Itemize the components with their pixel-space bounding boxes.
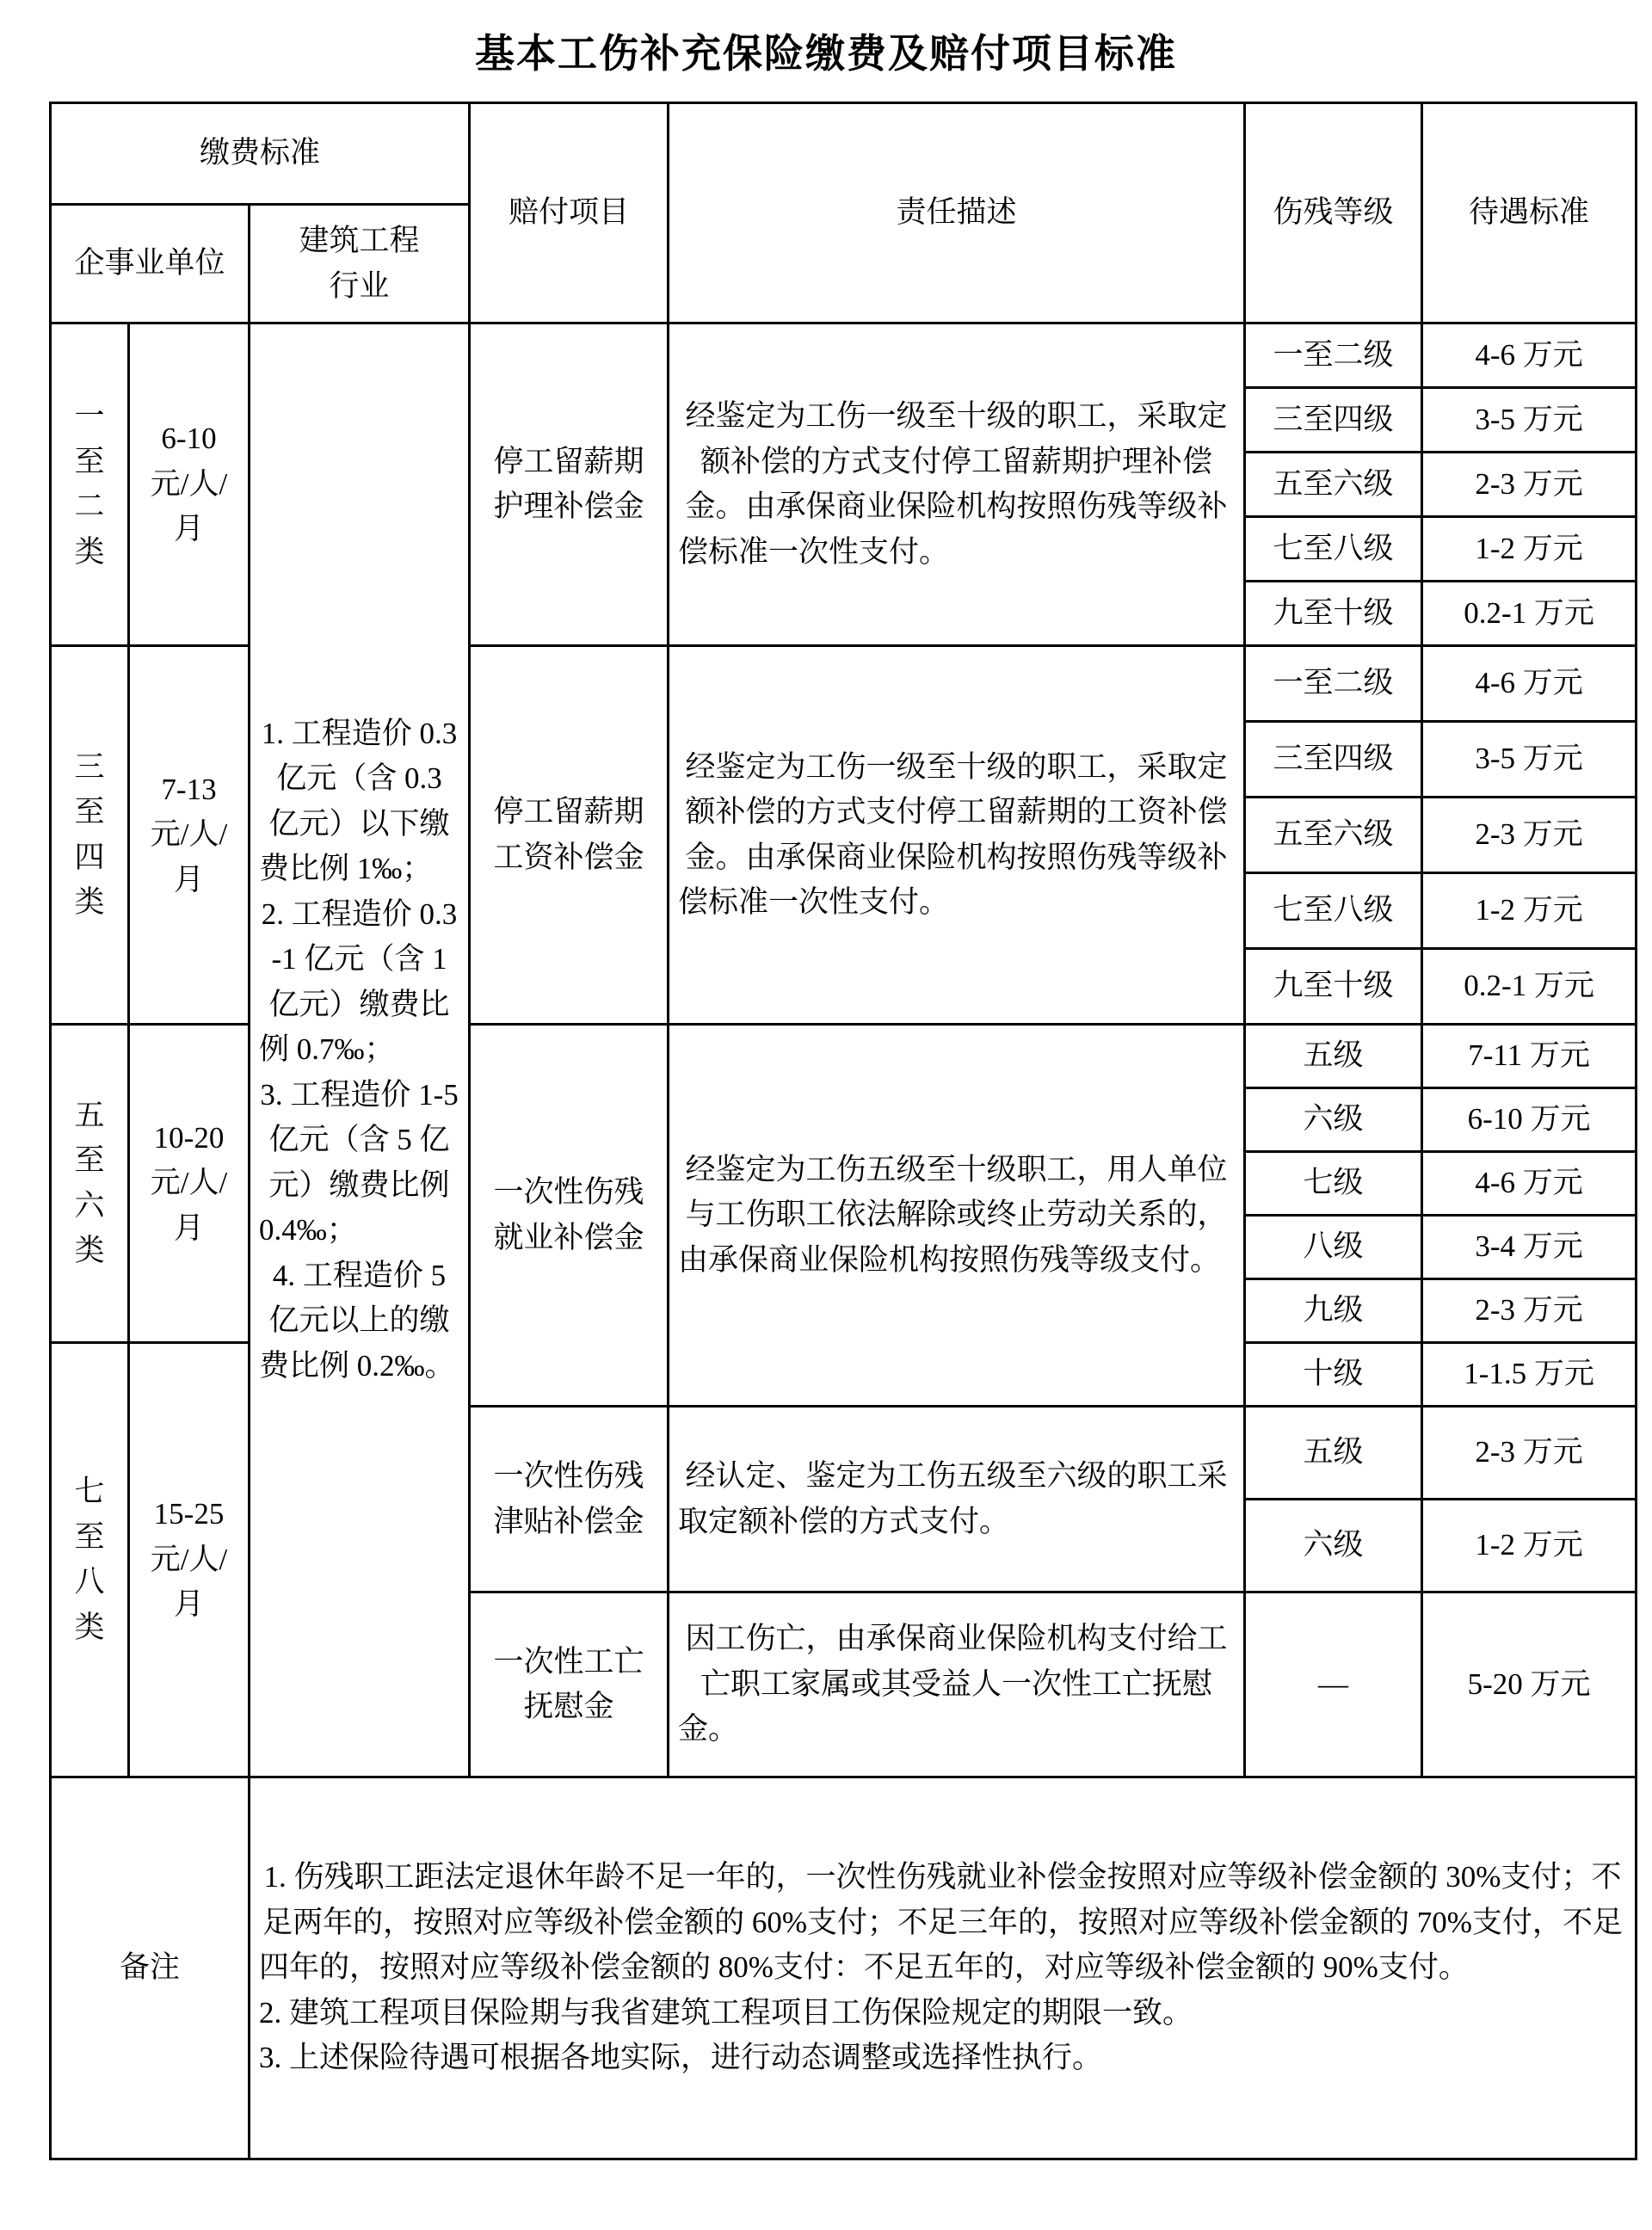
amount-cell: 1-2 万元: [1422, 873, 1637, 949]
class-cell: 七至 八类: [51, 1343, 129, 1777]
header-construction-industry: 建筑工程 行业: [250, 205, 470, 323]
fee-cell: 10-20 元/人/ 月: [129, 1025, 250, 1343]
header-responsibility: 责任描述: [669, 103, 1245, 323]
grade-cell: 六级: [1245, 1500, 1422, 1592]
amount-cell: 2-3 万元: [1422, 798, 1637, 873]
remark-label: 备注: [51, 1777, 250, 2159]
grade-cell: 七至八级: [1245, 517, 1422, 582]
item-cell: 一次性伤残 就业补偿金: [470, 1025, 669, 1407]
grade-cell: 三至四级: [1245, 722, 1422, 798]
document-page: 基本工伤补充保险缴费及赔付项目标准 缴费标准 赔付项目 责任描述 伤残等级 待遇…: [0, 0, 1652, 2230]
amount-cell: 4-6 万元: [1422, 1152, 1637, 1216]
fee-cell: 15-25 元/人/ 月: [129, 1343, 250, 1777]
header-treatment-standard: 待遇标准: [1422, 103, 1637, 323]
grade-cell: 六级: [1245, 1088, 1422, 1152]
grade-cell: 五级: [1245, 1025, 1422, 1088]
amount-cell: 7-11 万元: [1422, 1025, 1637, 1088]
insurance-standards-table: 缴费标准 赔付项目 责任描述 伤残等级 待遇标准 企事业单位 建筑工程 行业 一…: [49, 102, 1637, 2160]
class-cell: 一至 二类: [51, 323, 129, 646]
amount-cell: 3-5 万元: [1422, 388, 1637, 453]
desc-cell: 经鉴定为工伤一级至十级的职工，采取定额补偿的方式支付停工留薪期护理补偿金。由承保…: [669, 323, 1245, 646]
header-disability-grade: 伤残等级: [1245, 103, 1422, 323]
grade-cell: 五至六级: [1245, 453, 1422, 517]
amount-cell: 1-2 万元: [1422, 517, 1637, 582]
amount-cell: 0.2-1 万元: [1422, 582, 1637, 646]
amount-cell: 2-3 万元: [1422, 453, 1637, 517]
amount-cell: 0.2-1 万元: [1422, 949, 1637, 1025]
grade-cell: 七级: [1245, 1152, 1422, 1216]
item-cell: 停工留薪期 工资补偿金: [470, 646, 669, 1025]
grade-cell: 一至二级: [1245, 646, 1422, 722]
class-cell: 三至 四类: [51, 646, 129, 1025]
amount-cell: 1-1.5 万元: [1422, 1343, 1637, 1407]
grade-cell: 九至十级: [1245, 582, 1422, 646]
desc-cell: 经鉴定为工伤五级至十级职工，用人单位与工伤职工依法解除或终止劳动关系的，由承保商…: [669, 1025, 1245, 1407]
grade-cell: 五至六级: [1245, 798, 1422, 873]
amount-cell: 3-5 万元: [1422, 722, 1637, 798]
amount-cell: 2-3 万元: [1422, 1279, 1637, 1343]
grade-cell: 三至四级: [1245, 388, 1422, 453]
desc-cell: 经认定、鉴定为工伤五级至六级的职工采取定额补偿的方式支付。: [669, 1407, 1245, 1592]
amount-cell: 3-4 万元: [1422, 1216, 1637, 1279]
class-cell: 五至 六类: [51, 1025, 129, 1343]
grade-cell: 十级: [1245, 1343, 1422, 1407]
grade-cell: 九级: [1245, 1279, 1422, 1343]
amount-cell: 2-3 万元: [1422, 1407, 1637, 1500]
grade-cell: 七至八级: [1245, 873, 1422, 949]
amount-cell: 4-6 万元: [1422, 323, 1637, 388]
header-compensation-item: 赔付项目: [470, 103, 669, 323]
header-enterprise-unit: 企事业单位: [51, 205, 250, 323]
item-cell: 一次性伤残 津贴补偿金: [470, 1407, 669, 1592]
grade-cell: —: [1245, 1592, 1422, 1777]
grade-cell: 九至十级: [1245, 949, 1422, 1025]
amount-cell: 5-20 万元: [1422, 1592, 1637, 1777]
remark-text: 1. 伤残职工距法定退休年龄不足一年的，一次性伤残就业补偿金按照对应等级补偿金额…: [250, 1777, 1637, 2159]
desc-cell: 因工伤亡，由承保商业保险机构支付给工亡职工家属或其受益人一次性工亡抚慰金。: [669, 1592, 1245, 1777]
amount-cell: 4-6 万元: [1422, 646, 1637, 722]
item-cell: 停工留薪期 护理补偿金: [470, 323, 669, 646]
construction-notes-cell: 1. 工程造价 0.3 亿元（含 0.3 亿元）以下缴费比例 1‰； 2. 工程…: [250, 323, 470, 1777]
fee-cell: 7-13 元/人/ 月: [129, 646, 250, 1025]
grade-cell: 五级: [1245, 1407, 1422, 1500]
header-payment-standard: 缴费标准: [51, 103, 470, 205]
grade-cell: 八级: [1245, 1216, 1422, 1279]
desc-cell: 经鉴定为工伤一级至十级的职工，采取定额补偿的方式支付停工留薪期的工资补偿金。由承…: [669, 646, 1245, 1025]
amount-cell: 6-10 万元: [1422, 1088, 1637, 1152]
fee-cell: 6-10 元/人/ 月: [129, 323, 250, 646]
page-title: 基本工伤补充保险缴费及赔付项目标准: [0, 0, 1652, 72]
item-cell: 一次性工亡 抚慰金: [470, 1592, 669, 1777]
grade-cell: 一至二级: [1245, 323, 1422, 388]
amount-cell: 1-2 万元: [1422, 1500, 1637, 1592]
